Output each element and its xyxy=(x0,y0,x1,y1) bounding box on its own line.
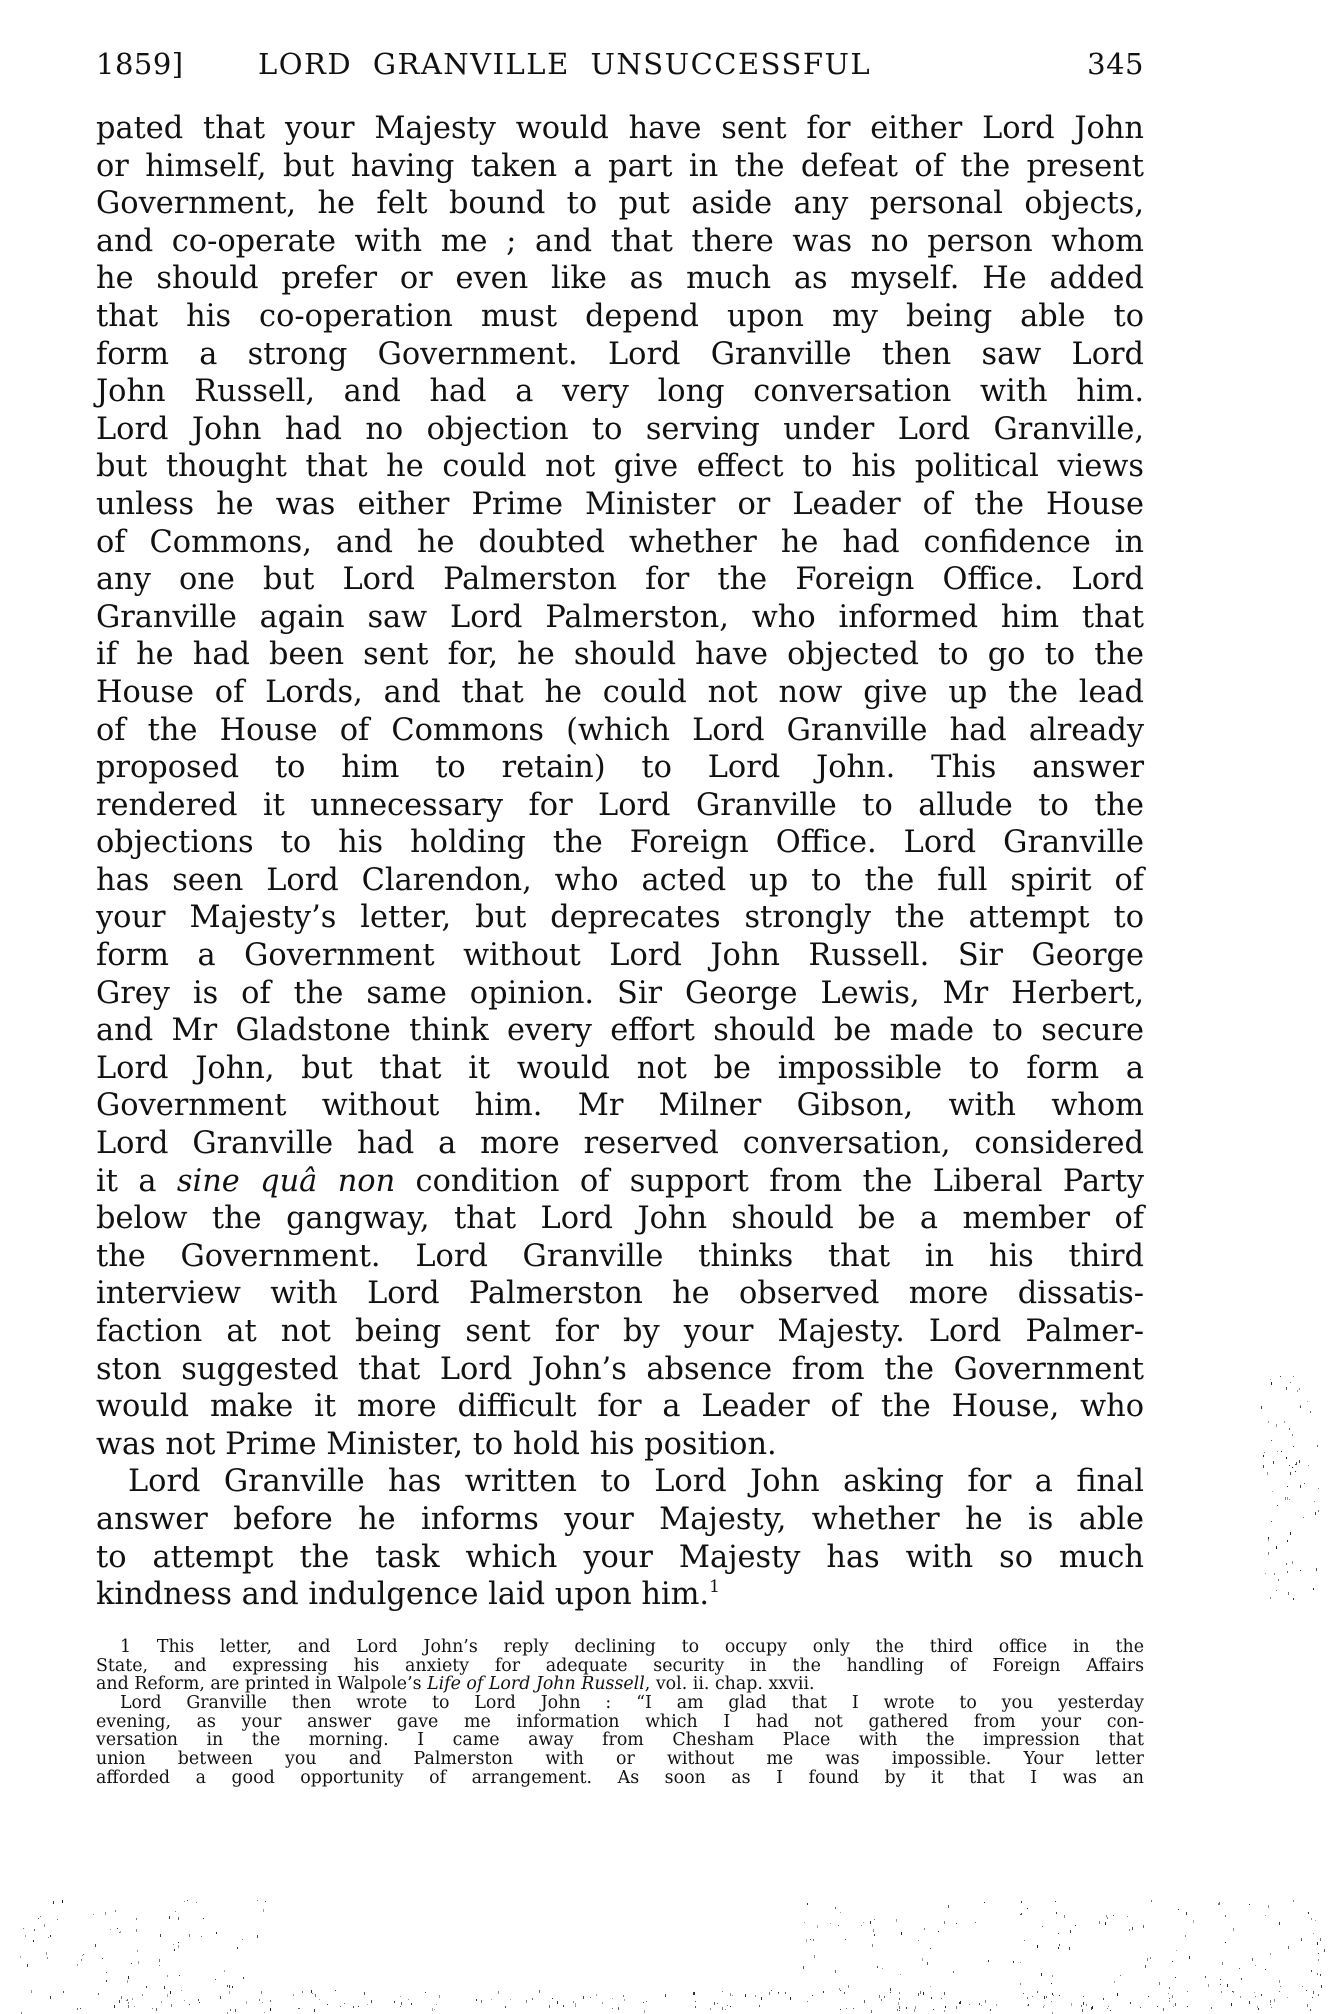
noise-speck xyxy=(1265,1969,1266,1970)
text-segment: This letter, and Lord John’s reply decli… xyxy=(157,1637,1144,1657)
noise-speck xyxy=(184,2000,185,2001)
noise-speck xyxy=(1287,1497,1288,1500)
noise-speck xyxy=(1159,1982,1160,1985)
noise-speck xyxy=(131,1963,132,1964)
noise-speck xyxy=(956,2006,957,2009)
noise-speck xyxy=(1267,1472,1268,1475)
noise-speck xyxy=(1130,2002,1131,2004)
noise-speck xyxy=(890,1988,891,1991)
noise-speck xyxy=(173,1944,174,1945)
noise-speck xyxy=(1240,1996,1241,1998)
noise-speck xyxy=(1271,1382,1272,1385)
noise-speck xyxy=(1289,1465,1290,1466)
noise-speck xyxy=(311,1990,312,1993)
noise-speck xyxy=(881,1999,882,2001)
noise-speck xyxy=(931,1997,932,1999)
noise-speck xyxy=(918,1940,919,1941)
noise-speck xyxy=(1140,2007,1141,2008)
noise-speck xyxy=(1270,1379,1271,1380)
noise-speck xyxy=(694,1992,695,1995)
noise-speck xyxy=(806,1939,807,1942)
text-line: proposed to him to retain) to Lord John.… xyxy=(96,749,1144,787)
text-segment: condition of support from the Liberal Pa… xyxy=(395,1164,1144,1199)
noise-speck xyxy=(1175,1977,1176,1978)
text-line: the Government. Lord Granville thinks th… xyxy=(96,1238,1144,1276)
noise-speck xyxy=(990,2009,991,2011)
noise-speck xyxy=(408,1999,409,2000)
noise-speck xyxy=(717,2003,718,2004)
noise-speck xyxy=(960,2001,961,2004)
noise-speck xyxy=(804,1922,805,1923)
noise-speck xyxy=(1286,1387,1287,1390)
text-line: Government, he felt bound to put aside a… xyxy=(96,185,1144,223)
noise-speck xyxy=(106,1980,107,1982)
noise-speck xyxy=(81,1959,82,1961)
noise-speck xyxy=(838,1925,839,1926)
noise-speck xyxy=(1287,1486,1288,1487)
noise-speck xyxy=(1311,1970,1312,1972)
noise-speck xyxy=(401,2002,402,2005)
noise-speck xyxy=(996,2004,997,2006)
noise-speck xyxy=(1051,2001,1052,2002)
noise-speck xyxy=(1287,1540,1288,1542)
noise-speck xyxy=(532,1998,533,2000)
noise-speck xyxy=(299,2008,300,2009)
noise-speck xyxy=(1044,2005,1045,2006)
noise-speck xyxy=(771,1990,772,1991)
noise-speck xyxy=(246,2001,247,2004)
noise-speck xyxy=(612,2008,613,2009)
noise-speck xyxy=(730,1993,731,1996)
noise-speck xyxy=(984,1902,985,1903)
noise-speck xyxy=(1292,1561,1293,1564)
noise-speck xyxy=(846,2008,847,2009)
italic-phrase: sine quâ non xyxy=(177,1164,395,1199)
noise-speck xyxy=(215,1979,216,1980)
noise-speck xyxy=(128,2005,129,2008)
noise-speck xyxy=(263,1909,264,1912)
noise-speck xyxy=(1271,2007,1272,2008)
noise-speck xyxy=(476,1999,477,2001)
noise-speck xyxy=(425,1992,426,1993)
noise-speck xyxy=(146,1986,147,1988)
noise-speck xyxy=(1306,1990,1307,1991)
noise-speck xyxy=(526,2000,527,2003)
noise-speck xyxy=(259,1999,260,2001)
noise-speck xyxy=(1099,1921,1100,1924)
noise-speck xyxy=(778,1992,779,1993)
text-line: Grey is of the same opinion. Sir George … xyxy=(96,975,1144,1013)
noise-speck xyxy=(830,1923,831,1924)
noise-speck xyxy=(230,2009,231,2011)
text-line: or himself, but having taken a part in t… xyxy=(96,148,1144,186)
text-line: he should prefer or even like as much as… xyxy=(96,260,1144,298)
text-segment: , vol. ii. chap. xxvii. xyxy=(645,1674,815,1694)
noise-speck xyxy=(890,1992,891,1993)
noise-speck xyxy=(1281,1451,1282,1452)
noise-speck xyxy=(1249,1904,1250,1905)
noise-speck xyxy=(930,1986,931,1987)
noise-speck xyxy=(1320,1938,1321,1941)
noise-speck xyxy=(436,2004,437,2005)
noise-speck xyxy=(1315,1512,1316,1515)
noise-speck xyxy=(812,1995,813,1996)
text-line: rendered it unnecessary for Lord Granvil… xyxy=(96,787,1144,825)
noise-speck xyxy=(896,1919,897,1922)
noise-speck xyxy=(1187,2006,1188,2007)
noise-speck xyxy=(1293,1376,1294,1377)
noise-speck xyxy=(340,2006,341,2007)
noise-speck xyxy=(1286,1457,1287,1459)
noise-speck xyxy=(612,1998,613,1999)
noise-speck xyxy=(505,2006,506,2008)
noise-speck xyxy=(134,2006,135,2007)
noise-speck xyxy=(364,1992,365,1995)
noise-speck xyxy=(1318,1510,1319,1512)
noise-speck xyxy=(1172,1995,1173,1998)
noise-speck xyxy=(1274,1999,1275,2002)
noise-speck xyxy=(1313,1991,1314,1994)
noise-speck xyxy=(1308,1465,1309,1466)
noise-speck xyxy=(563,2005,564,2007)
noise-speck xyxy=(159,1965,160,1966)
noise-speck xyxy=(759,2005,760,2007)
text-line: and Mr Gladstone think every effort shou… xyxy=(96,1012,1144,1050)
noise-speck xyxy=(1270,1953,1271,1955)
noise-speck xyxy=(1303,1517,1304,1518)
noise-speck xyxy=(63,1991,64,1993)
noise-speck xyxy=(1286,1563,1287,1565)
noise-speck xyxy=(57,1919,58,1920)
noise-speck xyxy=(262,2002,263,2003)
noise-speck xyxy=(1270,2000,1271,2003)
noise-speck xyxy=(95,1944,96,1947)
noise-speck xyxy=(178,1917,179,1920)
noise-speck xyxy=(181,1990,182,1991)
text-line: faction at not being sent for by your Ma… xyxy=(96,1313,1144,1351)
noise-speck xyxy=(167,1994,168,1997)
text-line: pated that your Majesty would have sent … xyxy=(96,110,1144,148)
noise-speck xyxy=(727,2005,728,2006)
noise-speck xyxy=(1044,1996,1045,1999)
noise-speck xyxy=(164,1986,165,1989)
noise-speck xyxy=(1310,1411,1311,1413)
noise-speck xyxy=(1225,1942,1226,1943)
noise-speck xyxy=(1273,1461,1274,1464)
noise-speck xyxy=(216,1932,217,1934)
text-line: any one but Lord Palmerston for the Fore… xyxy=(96,561,1144,599)
noise-speck xyxy=(117,1928,118,1929)
noise-speck xyxy=(814,1955,815,1958)
noise-speck xyxy=(557,2001,558,2004)
noise-speck xyxy=(1021,1901,1022,1903)
noise-speck xyxy=(62,1900,63,1903)
noise-speck xyxy=(105,1912,106,1915)
noise-speck xyxy=(1178,1909,1179,1910)
noise-speck xyxy=(1263,1455,1264,1457)
noise-speck xyxy=(227,1985,228,1987)
noise-speck xyxy=(730,2006,731,2007)
noise-speck xyxy=(1313,1933,1314,1934)
noise-speck xyxy=(128,2002,129,2004)
noise-speck xyxy=(1290,1472,1291,1475)
noise-speck xyxy=(1292,1467,1293,1468)
noise-speck xyxy=(171,2004,172,2007)
noise-speck xyxy=(1058,1947,1059,1949)
noise-speck xyxy=(31,1990,32,1993)
noise-speck xyxy=(1103,1998,1104,2000)
noise-speck xyxy=(871,2010,872,2013)
noise-speck xyxy=(237,1947,238,1949)
noise-speck xyxy=(1279,1991,1280,1992)
noise-speck xyxy=(1304,1483,1305,1484)
noise-speck xyxy=(665,1994,666,1997)
noise-speck xyxy=(1288,1592,1289,1595)
noise-speck xyxy=(1032,1996,1033,1997)
body-text: pated that your Majesty would have sent … xyxy=(96,110,1144,1614)
noise-speck xyxy=(491,1999,492,2000)
noise-speck xyxy=(1064,1915,1065,1918)
noise-speck xyxy=(201,1936,202,1937)
noise-speck xyxy=(53,1901,54,1904)
noise-speck xyxy=(23,1928,24,1929)
noise-speck xyxy=(1150,1957,1151,1959)
noise-speck xyxy=(257,1900,258,1901)
noise-speck xyxy=(1189,1956,1190,1959)
noise-speck xyxy=(552,1998,553,1999)
noise-speck xyxy=(242,1939,243,1940)
noise-speck xyxy=(120,1931,121,1933)
noise-speck xyxy=(1053,1995,1054,1996)
noise-speck xyxy=(159,1959,160,1962)
noise-speck xyxy=(312,1993,313,1994)
noise-speck xyxy=(1324,1949,1325,1952)
noise-speck xyxy=(573,2001,574,2003)
noise-speck xyxy=(1157,2006,1158,2007)
noise-speck xyxy=(1314,1501,1315,1502)
noise-speck xyxy=(293,1994,294,1996)
noise-speck xyxy=(175,1911,176,1912)
noise-speck xyxy=(170,1991,171,1994)
noise-speck xyxy=(189,1934,190,1937)
text-line: below the gangway, that Lord John should… xyxy=(96,1200,1144,1238)
noise-speck xyxy=(224,1970,225,1972)
noise-speck xyxy=(1307,1401,1308,1402)
text-line: that his co-operation must depend upon m… xyxy=(96,298,1144,336)
noise-speck xyxy=(400,1996,401,1997)
noise-speck xyxy=(845,1939,846,1940)
noise-speck xyxy=(1277,1451,1278,1452)
noise-speck xyxy=(988,1960,989,1962)
noise-speck xyxy=(27,1964,28,1967)
noise-speck xyxy=(434,2009,435,2010)
noise-speck xyxy=(1264,1452,1265,1453)
noise-speck xyxy=(1028,2004,1029,2006)
noise-speck xyxy=(1169,2000,1170,2002)
noise-speck xyxy=(1175,2003,1176,2006)
noise-speck xyxy=(400,2006,401,2007)
noise-speck xyxy=(623,1995,624,1997)
noise-speck xyxy=(1284,1421,1285,1423)
noise-speck xyxy=(178,1945,179,1948)
noise-speck xyxy=(161,2001,162,2003)
noise-speck xyxy=(1255,1996,1256,1997)
noise-speck xyxy=(1270,2004,1271,2005)
noise-speck xyxy=(1020,1983,1021,1985)
noise-speck xyxy=(371,2000,372,2003)
noise-speck xyxy=(498,1991,499,1994)
noise-speck xyxy=(1318,1959,1319,1961)
noise-speck xyxy=(1169,1998,1170,1999)
noise-speck xyxy=(137,1950,138,1952)
text-line: Lord John had no objection to serving un… xyxy=(96,411,1144,449)
paragraph-1: pated that your Majesty would have sent … xyxy=(96,110,1144,1463)
noise-speck xyxy=(1293,1900,1294,1902)
noise-speck xyxy=(1317,1973,1318,1975)
noise-speck xyxy=(25,1935,26,1937)
noise-speck xyxy=(848,1985,849,1988)
noise-speck xyxy=(918,1993,919,1996)
noise-speck xyxy=(1307,2004,1308,2007)
text-line: if he had been sent for, he should have … xyxy=(96,636,1144,674)
noise-speck xyxy=(136,1918,137,1920)
noise-speck xyxy=(899,2006,900,2009)
footnote-line: versation in the morning. I came away fr… xyxy=(96,1731,1144,1750)
text-line: interview with Lord Palmerston he observ… xyxy=(96,1275,1144,1313)
noise-speck xyxy=(874,1919,875,1920)
footnote-marker: 1 xyxy=(120,1637,131,1657)
noise-speck xyxy=(114,2005,115,2008)
noise-speck xyxy=(714,2002,715,2005)
noise-speck xyxy=(1024,1940,1025,1941)
noise-speck xyxy=(1027,1997,1028,1999)
noise-speck xyxy=(127,1999,128,2001)
noise-speck xyxy=(156,2008,157,2011)
noise-speck xyxy=(922,1958,923,1961)
header-year: 1859] xyxy=(96,44,184,84)
noise-speck xyxy=(1020,1914,1021,1915)
noise-speck xyxy=(877,1966,878,1968)
noise-speck xyxy=(1107,2008,1108,2009)
noise-speck xyxy=(944,2010,945,2012)
noise-speck xyxy=(1037,1945,1038,1948)
text-line: Lord Granville has written to Lord John … xyxy=(96,1463,1144,1501)
noise-speck xyxy=(643,2002,644,2003)
noise-speck xyxy=(725,2009,726,2010)
noise-speck xyxy=(353,2006,354,2008)
noise-speck xyxy=(77,1964,78,1966)
noise-speck xyxy=(1268,1905,1269,1908)
noise-speck xyxy=(1132,1927,1133,1930)
noise-speck xyxy=(1187,1991,1188,1992)
noise-speck xyxy=(394,2001,395,2003)
noise-speck xyxy=(882,1968,883,1969)
noise-speck xyxy=(1312,1997,1313,1998)
noise-speck xyxy=(115,1910,116,1912)
noise-speck xyxy=(1254,1992,1255,1993)
noise-speck xyxy=(1257,2006,1258,2008)
noise-speck xyxy=(575,2006,576,2007)
footnote-line: afforded a good opportunity of arrangeme… xyxy=(96,1769,1144,1788)
noise-speck xyxy=(899,1998,900,2000)
noise-speck xyxy=(1083,1996,1084,1997)
noise-speck xyxy=(1317,1445,1318,1447)
noise-speck xyxy=(82,1955,83,1956)
noise-speck xyxy=(1219,1902,1220,1905)
noise-speck xyxy=(1277,1505,1278,1506)
noise-speck xyxy=(160,1934,161,1937)
noise-speck xyxy=(1083,2002,1084,2005)
noise-speck xyxy=(1320,1974,1321,1976)
noise-speck xyxy=(1233,1928,1234,1931)
noise-speck xyxy=(1208,1984,1209,1987)
noise-speck xyxy=(1270,1597,1271,1599)
noise-speck xyxy=(840,1990,841,1991)
noise-speck xyxy=(138,1961,139,1964)
noise-speck xyxy=(1300,1405,1301,1408)
noise-speck xyxy=(906,2007,907,2009)
noise-speck xyxy=(1220,1979,1221,1980)
noise-speck xyxy=(142,1994,143,1996)
header-title: LORD GRANVILLE UNSUCCESSFUL xyxy=(258,44,871,84)
noise-speck xyxy=(1288,1946,1289,1949)
noise-speck xyxy=(167,1975,168,1977)
noise-speck xyxy=(1227,1984,1228,1987)
noise-speck xyxy=(755,1995,756,1997)
noise-speck xyxy=(1127,1916,1128,1917)
noise-speck xyxy=(174,1949,175,1951)
footnote-reference[interactable]: 1 xyxy=(709,1577,720,1597)
noise-speck xyxy=(873,1929,874,1932)
noise-speck xyxy=(198,1999,199,2001)
noise-speck xyxy=(835,1907,836,1909)
noise-speck xyxy=(335,1990,336,1991)
footnote-1-continuation: Lord Granville then wrote to Lord John :… xyxy=(96,1694,1144,1787)
noise-speck xyxy=(835,1970,836,1973)
footnotes: 1 This letter, and Lord John’s reply dec… xyxy=(96,1638,1144,1788)
noise-speck xyxy=(539,1990,540,1993)
noise-speck xyxy=(102,1958,103,1959)
noise-speck xyxy=(1108,2006,1109,2007)
noise-speck xyxy=(358,2006,359,2007)
noise-speck xyxy=(1290,1532,1291,1535)
noise-speck xyxy=(46,1952,47,1955)
noise-speck xyxy=(1289,1499,1290,1500)
noise-speck xyxy=(644,2010,645,2013)
noise-speck xyxy=(1300,1570,1301,1571)
text-line: ston suggested that Lord John’s absence … xyxy=(96,1351,1144,1389)
noise-speck xyxy=(1056,1912,1057,1914)
noise-speck xyxy=(189,2004,190,2005)
noise-speck xyxy=(1311,1918,1312,1920)
noise-speck xyxy=(853,2008,854,2009)
noise-speck xyxy=(969,2004,970,2005)
noise-speck xyxy=(870,1921,871,1924)
noise-speck xyxy=(1185,1935,1186,1937)
noise-speck xyxy=(930,1948,931,1949)
noise-speck xyxy=(132,1998,133,2000)
noise-speck xyxy=(270,2000,271,2002)
noise-speck xyxy=(803,1966,804,1969)
noise-speck xyxy=(899,1992,900,1994)
text-line: but thought that he could not give effec… xyxy=(96,448,1144,486)
noise-speck xyxy=(187,1900,188,1901)
noise-speck xyxy=(179,1975,180,1976)
noise-speck xyxy=(879,1995,880,1998)
noise-speck xyxy=(1268,1537,1269,1539)
text-line: Lord John, but that it would not be impo… xyxy=(96,1050,1144,1088)
text-line: form a strong Government. Lord Granville… xyxy=(96,336,1144,374)
